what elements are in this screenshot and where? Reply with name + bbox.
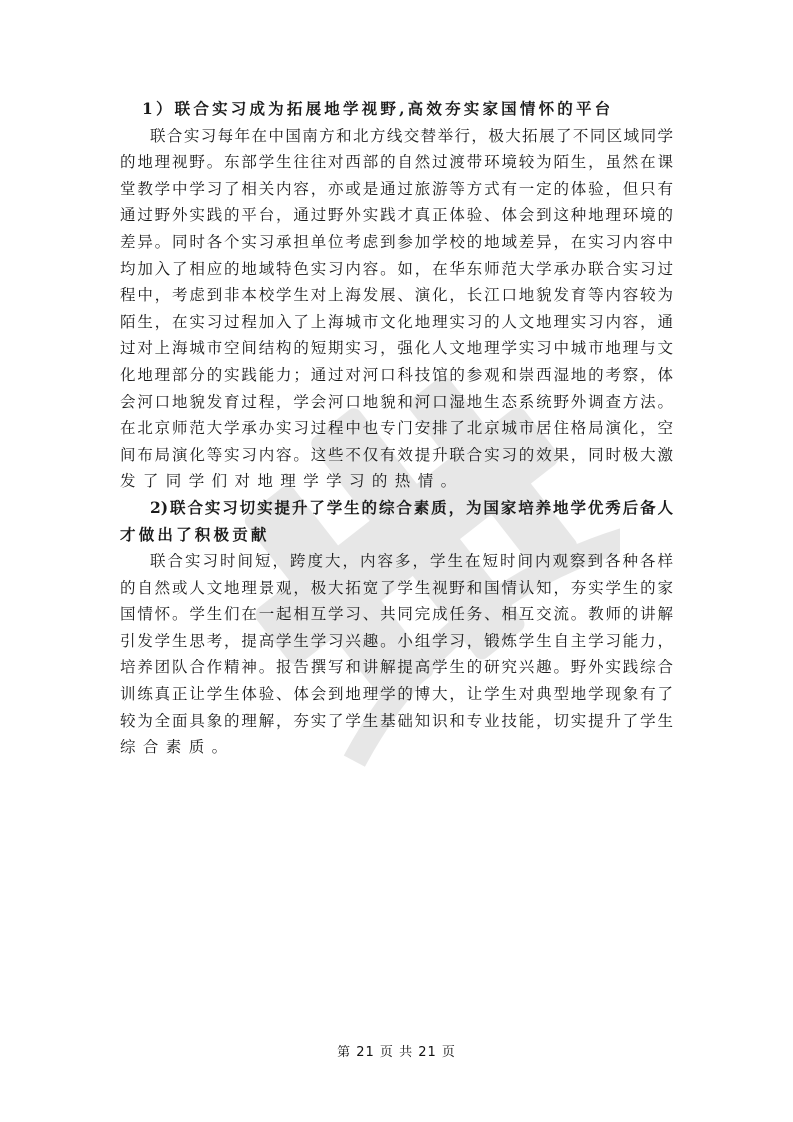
paragraph-line: 联合实习每年在中国南方和北方线交替举行，极大拓展了不同区域同学 (120, 123, 673, 150)
paragraph-line: 均加入了相应的地域特色实习内容。如，在华东师范大学承办联合实习过 (120, 256, 673, 283)
paragraph-line: 在北京师范大学承办实习过程中也专门安排了北京城市居住格局演化，空 (120, 415, 673, 442)
section-heading-1: 1）联合实习成为拓展地学视野,高效夯实家国情怀的平台 (120, 96, 673, 123)
document-body: 1）联合实习成为拓展地学视野,高效夯实家国情怀的平台 联合实习每年在中国南方和北… (120, 96, 673, 761)
paragraph-line: 联合实习时间短，跨度大，内容多，学生在短时间内观察到各种各样 (120, 548, 673, 575)
paragraph-line: 的地理视野。东部学生往往对西部的自然过渡带环境较为陌生，虽然在课 (120, 149, 673, 176)
paragraph-line: 培养团队合作精神。报告撰写和讲解提高学生的研究兴趣。野外实践综合 (120, 654, 673, 681)
paragraph-line: 国情怀。学生们在一起相互学习、共同完成任务、相互交流。教师的讲解 (120, 601, 673, 628)
paragraph-line: 化地理部分的实践能力；通过对河口科技馆的参观和崇西湿地的考察，体 (120, 362, 673, 389)
paragraph-line: 综合素质。 (120, 734, 673, 761)
paragraph-line: 训练真正让学生体验、体会到地理学的博大，让学生对典型地学现象有了 (120, 681, 673, 708)
paragraph-line: 程中，考虑到非本校学生对上海发展、演化，长江口地貌发育等内容较为 (120, 282, 673, 309)
paragraph-line: 的自然或人文地理景观，极大拓宽了学生视野和国情认知，夯实学生的家 (120, 575, 673, 602)
paragraph-line: 差异。同时各个实习承担单位考虑到参加学校的地域差异，在实习内容中 (120, 229, 673, 256)
section-heading-2-cont: 才做出了积极贡献 (120, 522, 673, 549)
paragraph-line: 陌生，在实习过程加入了上海城市文化地理实习的人文地理实习内容，通 (120, 309, 673, 336)
section-heading-2: 2)联合实习切实提升了学生的综合素质，为国家培养地学优秀后备人 (120, 495, 673, 522)
paragraph-line: 会河口地貌发育过程，学会河口地貌和河口湿地生态系统野外调查方法。 (120, 389, 673, 416)
page-number-footer: 第 21 页 共 21 页 (0, 1041, 793, 1060)
paragraph-line: 较为全面具象的理解，夯实了学生基础知识和专业技能，切实提升了学生 (120, 708, 673, 735)
paragraph-line: 发了同学们对地理学学习的热情。 (120, 468, 673, 495)
paragraph-line: 过对上海城市空间结构的短期实习，强化人文地理学实习中城市地理与文 (120, 335, 673, 362)
document-page: 1）联合实习成为拓展地学视野,高效夯实家国情怀的平台 联合实习每年在中国南方和北… (0, 0, 793, 1122)
paragraph-line: 通过野外实践的平台，通过野外实践才真正体验、体会到这种地理环境的 (120, 202, 673, 229)
paragraph-line: 引发学生思考，提高学生学习兴趣。小组学习，锻炼学生自主学习能力， (120, 628, 673, 655)
paragraph-line: 间布局演化等实习内容。这些不仅有效提升联合实习的效果，同时极大激 (120, 442, 673, 469)
paragraph-line: 堂教学中学习了相关内容，亦或是通过旅游等方式有一定的体验，但只有 (120, 176, 673, 203)
